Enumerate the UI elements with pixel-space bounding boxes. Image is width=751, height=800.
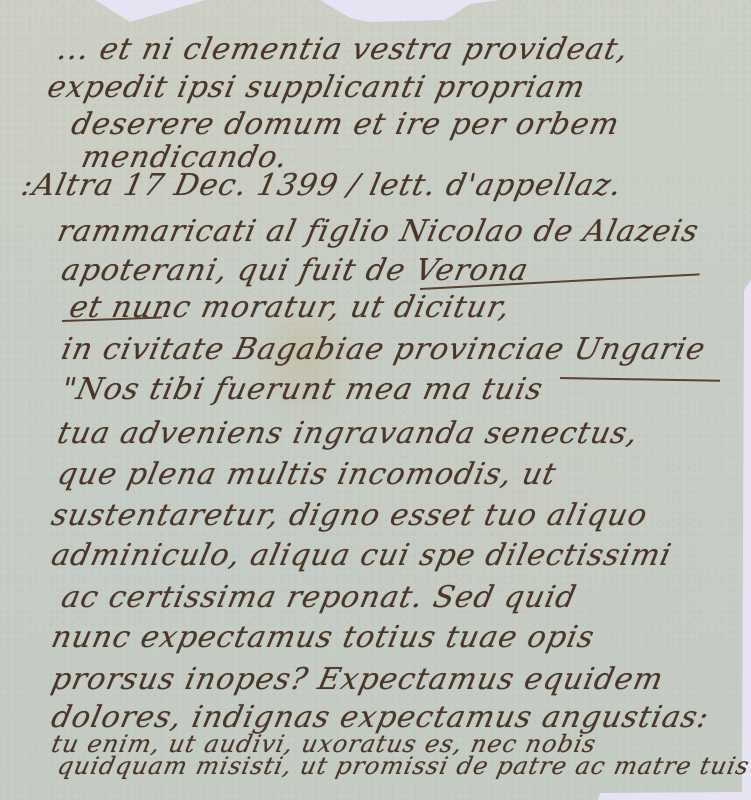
manuscript-line-date-annotation: :Altra 17 Dec. 1399 / lett. d'appellaz.: [18, 168, 625, 203]
manuscript-line: deserere domum et ire per orbem: [68, 107, 623, 142]
manuscript-line: ac certissima reponat. Sed quid: [58, 580, 580, 615]
manuscript-page: ... et ni clementia vestra provideat, ex…: [0, 0, 751, 800]
manuscript-line: apoterani, qui fuit de Verona: [58, 253, 532, 288]
underline-mark: [560, 377, 720, 382]
manuscript-line: nunc expectamus totius tuae opis: [48, 620, 598, 655]
manuscript-line: "Nos tibi fuerunt mea ma tuis: [58, 372, 546, 407]
manuscript-line: prorsus inopes? Expectamus equidem: [48, 662, 666, 697]
manuscript-line: rammaricati al figlio Nicolao de Alazeis: [54, 214, 702, 249]
handwritten-text-block: ... et ni clementia vestra provideat, ex…: [0, 0, 751, 800]
manuscript-line: adminiculo, aliqua cui spe dilectissimi: [48, 538, 675, 573]
manuscript-line: sustentaretur, digno esset tuo aliquo: [48, 498, 651, 533]
manuscript-line: que plena multis incomodis, ut: [54, 457, 559, 492]
manuscript-line: quidquam misisti, ut promissi de patre a…: [55, 752, 751, 780]
manuscript-line: in civitate Bagabiae provinciae Ungarie: [58, 332, 709, 367]
manuscript-line: expedit ipsi supplicanti propriam: [44, 70, 588, 105]
manuscript-line: ... et ni clementia vestra provideat,: [54, 32, 632, 67]
manuscript-line: et nunc moratur, ut dicitur,: [66, 290, 513, 325]
manuscript-line: tua adveniens ingravanda senectus,: [54, 416, 641, 451]
